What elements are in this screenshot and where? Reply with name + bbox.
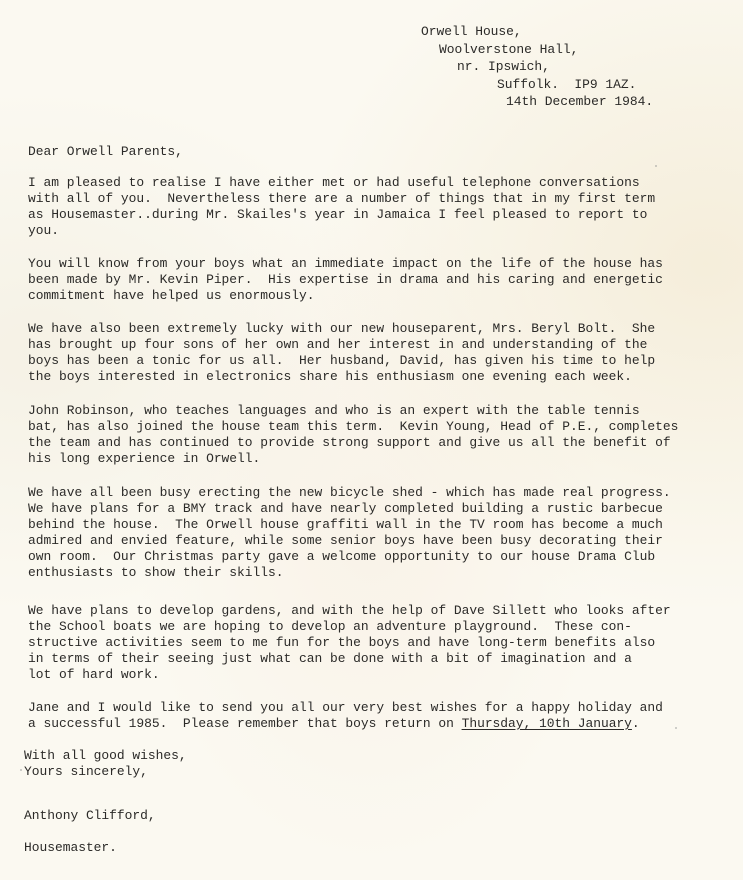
- address-line-3: nr. Ipswich,: [457, 59, 550, 75]
- paragraph-1-line-1: I am pleased to realise I have either me…: [28, 175, 640, 191]
- closing-line-1: With all good wishes,: [24, 748, 187, 764]
- paragraph-1-line-2: with all of you. Nevertheless there are …: [28, 191, 655, 207]
- salutation: Dear Orwell Parents,: [28, 144, 183, 160]
- letter-page: Orwell House, Woolverstone Hall, nr. Ips…: [0, 0, 743, 880]
- paragraph-4-line-4: his long experience in Orwell.: [28, 451, 260, 467]
- address-line-1: Orwell House,: [421, 24, 522, 40]
- paragraph-4-line-1: John Robinson, who teaches languages and…: [28, 403, 640, 419]
- paragraph-2-line-3: commitment have helped us enormously.: [28, 288, 314, 304]
- paragraph-6-line-3: structive activities seem to me fun for …: [28, 635, 655, 651]
- paragraph-2-line-1: You will know from your boys what an imm…: [28, 256, 663, 272]
- paragraph-3-line-2: has brought up four sons of her own and …: [28, 337, 647, 353]
- paragraph-2-line-2: been made by Mr. Kevin Piper. His expert…: [28, 272, 663, 288]
- paragraph-5-line-6: enthusiasts to show their skills.: [28, 565, 284, 581]
- address-line-2: Woolverstone Hall,: [439, 42, 578, 58]
- paragraph-5-line-3: behind the house. The Orwell house graff…: [28, 517, 663, 533]
- paragraph-7-line-1: Jane and I would like to send you all ou…: [28, 700, 663, 716]
- paragraph-6-line-4: in terms of their seeing just what can b…: [28, 651, 632, 667]
- paper-speck: [675, 727, 677, 729]
- paragraph-5-line-5: own room. Our Christmas party gave a wel…: [28, 549, 655, 565]
- paragraph-4-line-2: bat, has also joined the house team this…: [28, 419, 678, 435]
- paper-speck: [20, 769, 22, 771]
- paragraph-6-line-2: the School boats we are hoping to develo…: [28, 619, 632, 635]
- return-date-suffix: .: [632, 716, 640, 731]
- paragraph-6-line-1: We have plans to develop gardens, and wi…: [28, 603, 671, 619]
- address-line-4: Suffolk. IP9 1AZ.: [497, 77, 636, 93]
- paragraph-3-line-3: boys has been a tonic for us all. Her hu…: [28, 353, 655, 369]
- paragraph-3-line-1: We have also been extremely lucky with o…: [28, 321, 655, 337]
- paragraph-1-line-3: as Housemaster..during Mr. Skailes's yea…: [28, 207, 647, 223]
- return-date: Thursday, 10th January: [462, 716, 632, 731]
- closing-line-2: Yours sincerely,: [24, 764, 148, 780]
- paragraph-6-line-5: lot of hard work.: [28, 667, 160, 683]
- paragraph-5-line-1: We have all been busy erecting the new b…: [28, 485, 671, 501]
- paragraph-5-line-4: admired and envied feature, while some s…: [28, 533, 663, 549]
- letter-date: 14th December 1984.: [506, 94, 653, 110]
- signature-title: Housemaster.: [24, 840, 117, 856]
- paragraph-4-line-3: the team and has continued to provide st…: [28, 435, 671, 451]
- paper-speck: [655, 165, 657, 167]
- paragraph-7-line-2: a successful 1985. Please remember that …: [28, 716, 640, 732]
- paragraph-3-line-4: the boys interested in electronics share…: [28, 369, 632, 385]
- paragraph-1-line-4: you.: [28, 223, 59, 239]
- paragraph-5-line-2: We have plans for a BMY track and have n…: [28, 501, 663, 517]
- signature-name: Anthony Clifford,: [24, 808, 156, 824]
- paragraph-7-line-2-text: a successful 1985. Please remember that …: [28, 716, 462, 731]
